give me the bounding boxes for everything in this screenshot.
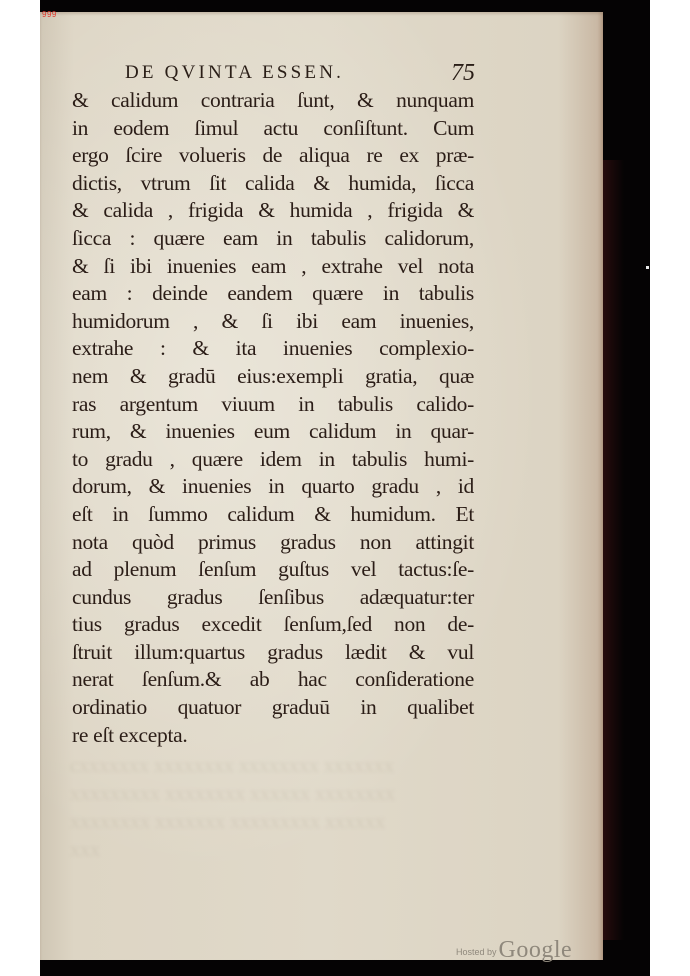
- text-line: rum, & inuenies eum calidum in quar-: [72, 418, 474, 446]
- text-line: re eſt excepta.: [72, 722, 474, 750]
- text-line: nerat ſenſum.& ab hac conſideratione: [72, 666, 474, 694]
- body-text: & calidum contraria ſunt, & nunquam in e…: [72, 87, 474, 749]
- text-line: ordinatio quatuor graduū in qualibet: [72, 694, 474, 722]
- text-line: cundus gradus ſenſibus adæquatur:ter: [72, 584, 474, 612]
- text-line: extrahe : & ita inuenies complexio-: [72, 335, 474, 363]
- text-line: dictis, vtrum ſit calida & humida, ſicca: [72, 170, 474, 198]
- text-line: in eodem ſimul actu conſiſtunt. Cum: [72, 115, 474, 143]
- bleed-line: xxxxxxxxx xxxxxxxx xxxxxx xxxxxxxx: [70, 780, 470, 808]
- text-line: & calida , frigida & humida , frigida &: [72, 197, 474, 225]
- text-line: ad plenum ſenſum guſtus vel tactus:ſe-: [72, 556, 474, 584]
- text-line: humidorum , & ſi ibi eam inuenies,: [72, 308, 474, 336]
- text-line: dorum, & inuenies in quarto gradu , id: [72, 473, 474, 501]
- hosted-by-google-watermark: Hosted byGoogle: [456, 937, 572, 964]
- text-line: to gradu , quære idem in tabulis humi-: [72, 446, 474, 474]
- text-line: ras argentum viuum in tabulis calido-: [72, 391, 474, 419]
- running-head: DE QVINTA ESSEN. 75: [125, 62, 475, 86]
- page-number: 75: [451, 60, 475, 87]
- bleed-line: xxxxxxxx xxxxxxx xxxxxxxxx xxxxxx: [70, 808, 470, 836]
- text-line: & calidum contraria ſunt, & nunquam: [72, 87, 474, 115]
- text-line: ſtruit illum:quartus gradus lædit & vul: [72, 639, 474, 667]
- google-logo: Google: [499, 937, 573, 963]
- text-line: tius gradus excedit ſenſum,ſed non de-: [72, 611, 474, 639]
- bleed-line: xxx: [70, 836, 470, 864]
- watermark-prefix: Hosted by: [456, 947, 497, 957]
- text-line: eam : deinde eandem quære in tabulis: [72, 280, 474, 308]
- bleed-line: cxxxxxxx xxxxxxxx xxxxxxxx xxxxxxx: [70, 752, 470, 780]
- text-line: ergo ſcire volueris de aliqua re ex præ-: [72, 142, 474, 170]
- text-line: nota quòd primus gradus non attingit: [72, 529, 474, 557]
- running-title: DE QVINTA ESSEN.: [125, 62, 344, 84]
- text-line: & ſi ibi inuenies eam , extrahe vel nota: [72, 253, 474, 281]
- text-line: eſt in ſummo calidum & humidum. Et: [72, 501, 474, 529]
- text-line: ſicca : quære eam in tabulis calidorum,: [72, 225, 474, 253]
- scan-corner-mark: 999: [42, 10, 57, 19]
- text-line: nem & gradū eius:exempli gratia, quæ: [72, 363, 474, 391]
- scan-speck: [646, 266, 649, 269]
- scan-edge-shadow: [602, 160, 624, 940]
- bleed-through-text: cxxxxxxx xxxxxxxx xxxxxxxx xxxxxxx xxxxx…: [70, 752, 470, 864]
